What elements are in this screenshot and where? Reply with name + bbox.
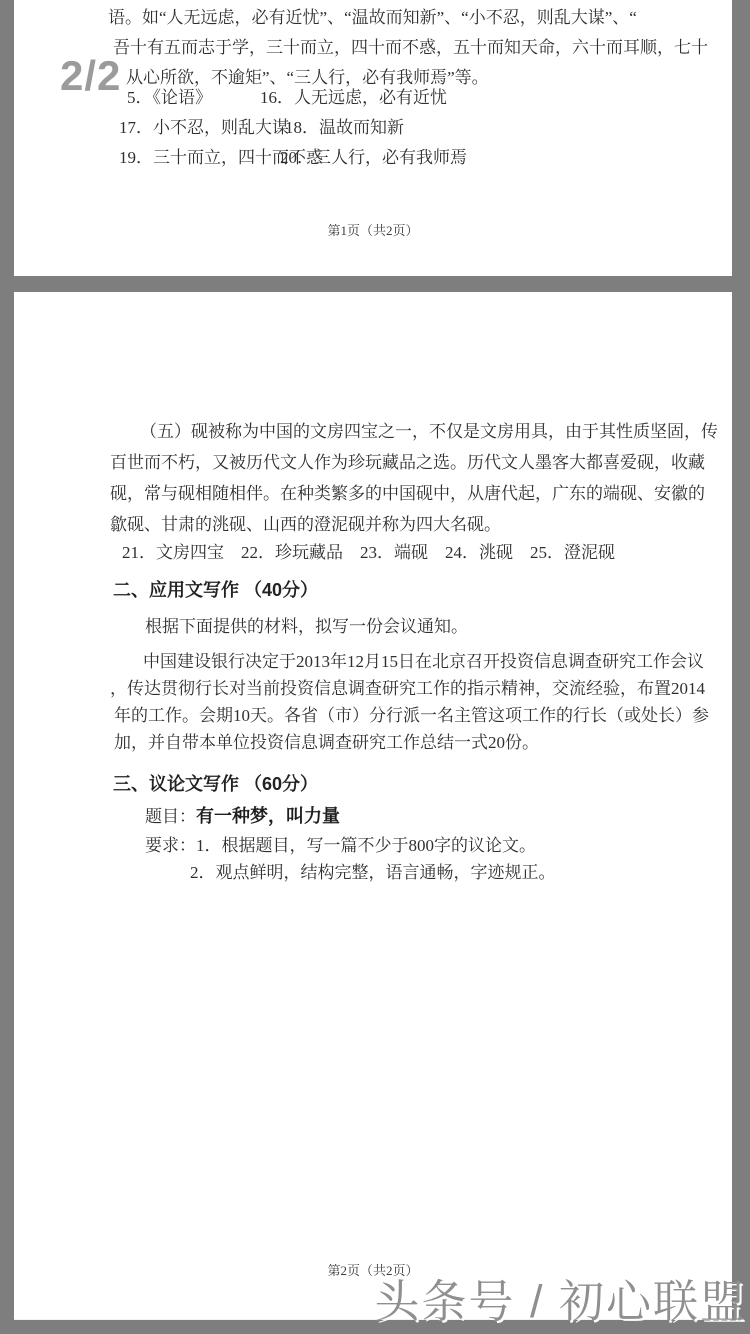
requirement-line-1: 要求：1．根据题目，写一篇不少于800字的议论文。 xyxy=(145,836,536,856)
text-line: 百世而不朽，又被历代文人作为珍玩藏品之选。历代文人墨客大都喜爱砚，收藏 xyxy=(110,453,705,473)
watermark: 头条号 / 初心联盟 xyxy=(374,1265,747,1330)
page-footer: 第1页（共2页） xyxy=(14,220,732,239)
text-line: 砚，常与砚相随相伴。在种类繁多的中国砚中，从唐代起，广东的端砚、安徽的 xyxy=(110,484,705,504)
requirement-line-2: 2．观点鲜明，结构完整，语言通畅，字迹规正。 xyxy=(190,863,556,883)
essay-title-line: 题目：有一种梦，叫力量 xyxy=(145,806,340,827)
text-line: 年的工作。会期10天。各省（市）分行派一名主管这项工作的行长（或处长）参 xyxy=(114,706,709,726)
text-line: 中国建设银行决定于2013年12月15日在北京召开投资信息调查研究工作会议 xyxy=(143,652,704,672)
document-page-2: （五）砚被称为中国的文房四宝之一，不仅是文房用具，由于其性质坚固，传 百世而不朽… xyxy=(14,292,732,1320)
text-line: 语。如“人无远虑，必有近忧”、“温故而知新”、“小不忍，则乱大谋”、“ xyxy=(108,8,637,28)
text-line: ，传达贯彻行长对当前投资信息调查研究工作的指示精神，交流经验，布置2014 xyxy=(110,679,705,699)
essay-title: 有一种梦，叫力量 xyxy=(196,806,340,826)
document-page-1: 语。如“人无远虑，必有近忧”、“温故而知新”、“小不忍，则乱大谋”、“ 吾十有五… xyxy=(14,0,732,276)
text-line: 从心所欲，不逾矩”、“三人行，必有我师焉”等。 xyxy=(126,68,489,88)
answer-item: 17．小不忍，则乱大谋 xyxy=(119,118,289,138)
section-heading-2: 二、应用文写作 （40分） xyxy=(113,580,318,600)
text-line: 歙砚、甘肃的洮砚、山西的澄泥砚并称为四大名砚。 xyxy=(110,515,501,535)
req-label: 要求： xyxy=(145,836,196,856)
page-indicator: 2/2 xyxy=(60,52,121,100)
text-line: 根据下面提供的材料，拟写一份会议通知。 xyxy=(145,617,468,637)
req-1-text: 1．根据题目，写一篇不少于800字的议论文。 xyxy=(196,836,536,855)
title-label: 题目： xyxy=(145,807,196,827)
answer-item: 5．《论语》 xyxy=(127,88,212,108)
answer-item: 20．三人行，必有我师焉 xyxy=(280,148,467,168)
section-heading-3: 三、议论文写作 （60分） xyxy=(113,774,318,794)
text-line: （五）砚被称为中国的文房四宝之一，不仅是文房用具，由于其性质坚固，传 xyxy=(140,422,718,442)
answer-item: 16．人无远虑，必有近忧 xyxy=(260,88,447,108)
text-line: 吾十有五而志于学，三十而立，四十而不惑，五十而知天命，六十而耳顺，七十 xyxy=(113,38,708,58)
text-line: 加，并自带本单位投资信息调查研究工作总结一式20份。 xyxy=(114,733,539,753)
image-viewer[interactable]: 语。如“人无远虑，必有近忧”、“温故而知新”、“小不忍，则乱大谋”、“ 吾十有五… xyxy=(0,0,750,1334)
answer-item: 18．温故而知新 xyxy=(285,118,404,138)
answer-items-line: 21．文房四宝 22．珍玩藏品 23．端砚 24．洮砚 25．澄泥砚 xyxy=(122,543,615,563)
